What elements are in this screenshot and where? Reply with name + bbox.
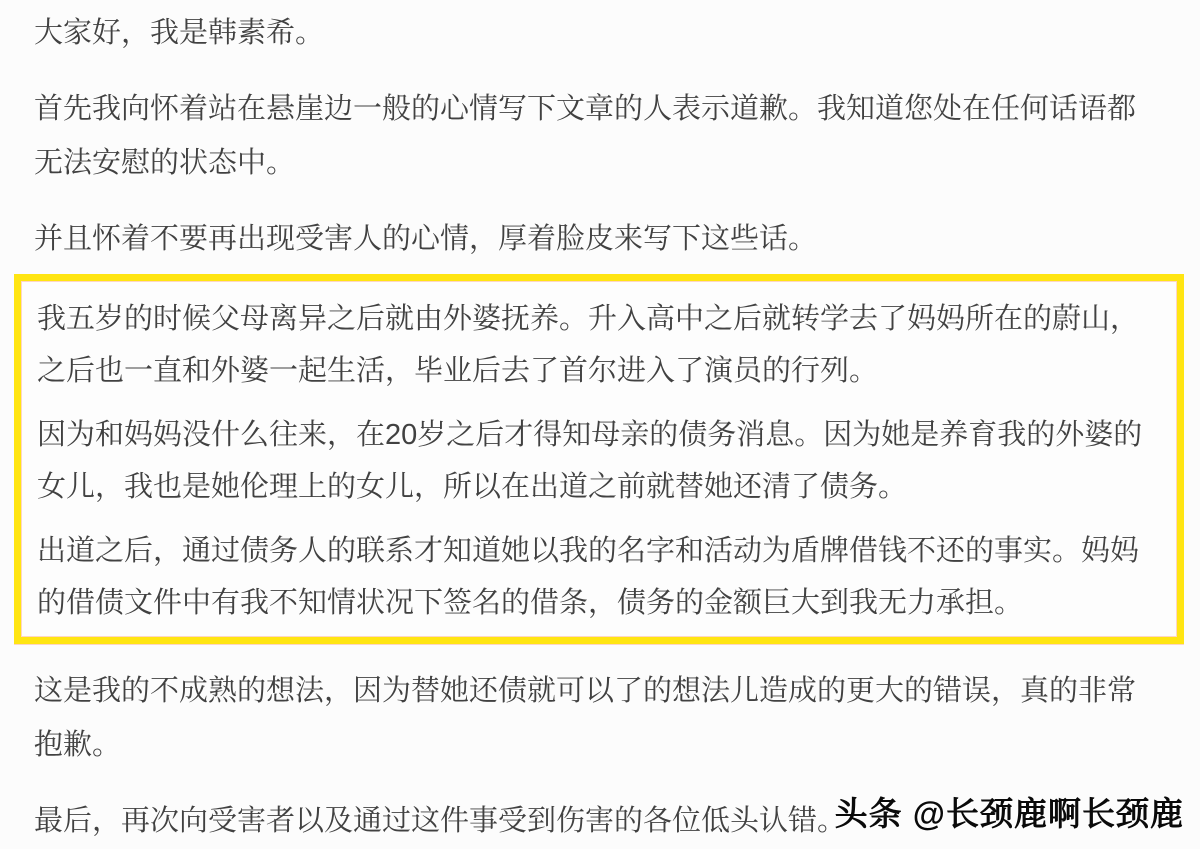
highlight-box: 我五岁的时候父母离异之后就由外婆抚养。升入高中之后就转学去了妈妈所在的蔚山，之后… <box>14 274 1184 644</box>
article-page: 大家好，我是韩素希。 首先我向怀着站在悬崖边一般的心情写下文章的人表示道歉。我知… <box>0 0 1200 848</box>
regret-paragraph: 这是我的不成熟的想法，因为替她还债就可以了的想法儿造成的更大的错误，真的非常抱歉… <box>34 664 1146 772</box>
highlighted-paragraph-debt-discovery: 因为和妈妈没什么往来，在20岁之后才得知母亲的债务消息。因为她是养育我的外婆的女… <box>37 409 1149 513</box>
highlighted-paragraph-childhood: 我五岁的时候父母离异之后就由外婆抚养。升入高中之后就转学去了妈妈所在的蔚山，之后… <box>37 293 1149 397</box>
apology-paragraph: 首先我向怀着站在悬崖边一般的心情写下文章的人表示道歉。我知道您处在任何话语都无法… <box>34 82 1146 190</box>
toutiao-watermark: 头条 @长颈鹿啊长颈鹿 <box>835 788 1184 835</box>
highlighted-paragraph-debt-burden: 出道之后，通过债务人的联系才知道她以我的名字和活动为盾牌借钱不还的事实。妈妈的借… <box>37 525 1149 629</box>
greeting-paragraph: 大家好，我是韩素希。 <box>34 6 1146 60</box>
intent-paragraph: 并且怀着不要再出现受害人的心情，厚着脸皮来写下这些话。 <box>34 212 1146 266</box>
